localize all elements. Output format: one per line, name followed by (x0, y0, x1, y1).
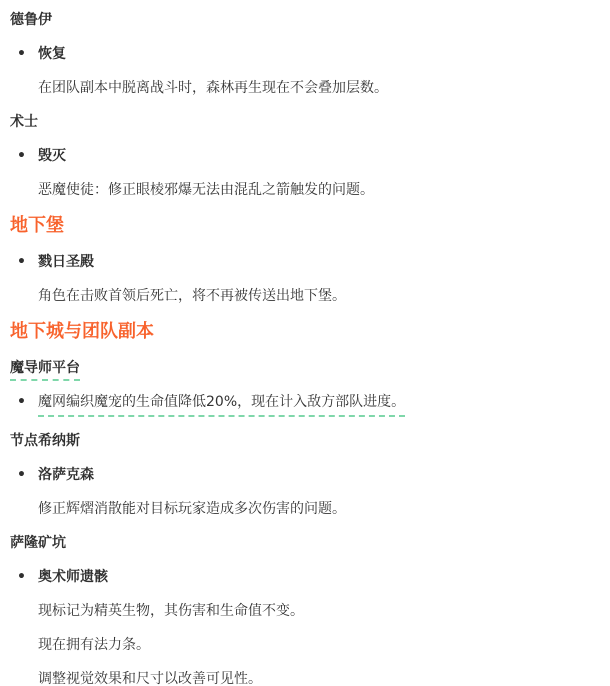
note-text-nexus: 修正辉熠消散能对目标玩家造成多次伤害的问题。 (38, 499, 600, 519)
note-text-pit-1: 现标记为精英生物，其伤害和生命值不变。 (38, 601, 600, 621)
spec-name-destruction: 毁灭 (38, 146, 66, 166)
boss-name-arcanist-remains: 奥术师遗骸 (38, 567, 108, 587)
bullet-icon: • (17, 252, 27, 272)
updated-annotation-magisters-terrace[interactable]: 魔导师平台 (10, 360, 80, 381)
list-item-nexus-boss: • 洛萨克森 (10, 465, 600, 485)
bullet-icon: • (17, 146, 27, 166)
dungeon-heading-nexus-xenas: 节点希纳斯 (10, 431, 600, 451)
list-item-warlock-spec: • 毁灭 (10, 146, 600, 166)
note-text-pit-2: 现在拥有法力条。 (38, 635, 600, 655)
note-text-delves: 角色在击败首领后死亡，将不再被传送出地下堡。 (38, 286, 600, 306)
list-item-pit-boss: • 奥术师遗骸 (10, 567, 600, 587)
section-heading-delves: 地下堡 (10, 214, 600, 238)
list-item-magisters-terrace: • 魔网编织魔宠的生命值降低20%，现在计入敌方部队进度。 (10, 392, 600, 417)
bullet-icon: • (17, 44, 27, 64)
dungeon-heading-magisters-terrace: 魔导师平台 (10, 358, 600, 378)
section-heading-dungeons-raids: 地下城与团队副本 (10, 320, 600, 344)
note-text-pit-3: 调整视觉效果和尺寸以改善可见性。 (38, 669, 600, 686)
bullet-icon: • (17, 567, 27, 587)
bullet-icon: • (17, 465, 27, 485)
updated-annotation-mana-wyrm-note[interactable]: 魔网编织魔宠的生命值降低20%，现在计入敌方部队进度。 (38, 392, 405, 417)
class-heading-druid: 德鲁伊 (10, 10, 600, 30)
class-heading-warlock: 术士 (10, 112, 600, 132)
bullet-icon: • (17, 392, 27, 412)
dungeon-heading-pit-of-saron: 萨隆矿坑 (10, 533, 600, 553)
boss-name-sundered-sun: 戮日圣殿 (38, 252, 94, 272)
note-text-druid: 在团队副本中脱离战斗时，森林再生现在不会叠加层数。 (38, 78, 600, 98)
list-item-delves-boss: • 戮日圣殿 (10, 252, 600, 272)
note-text-warlock: 恶魔使徒：修正眼棱邪爆无法由混乱之箭触发的问题。 (38, 180, 600, 200)
spec-name-restoration: 恢复 (38, 44, 66, 64)
patch-notes-page: 德鲁伊 • 恢复 在团队副本中脱离战斗时，森林再生现在不会叠加层数。 术士 • … (0, 0, 610, 686)
boss-name-losarkesen: 洛萨克森 (38, 465, 94, 485)
list-item-druid-spec: • 恢复 (10, 44, 600, 64)
